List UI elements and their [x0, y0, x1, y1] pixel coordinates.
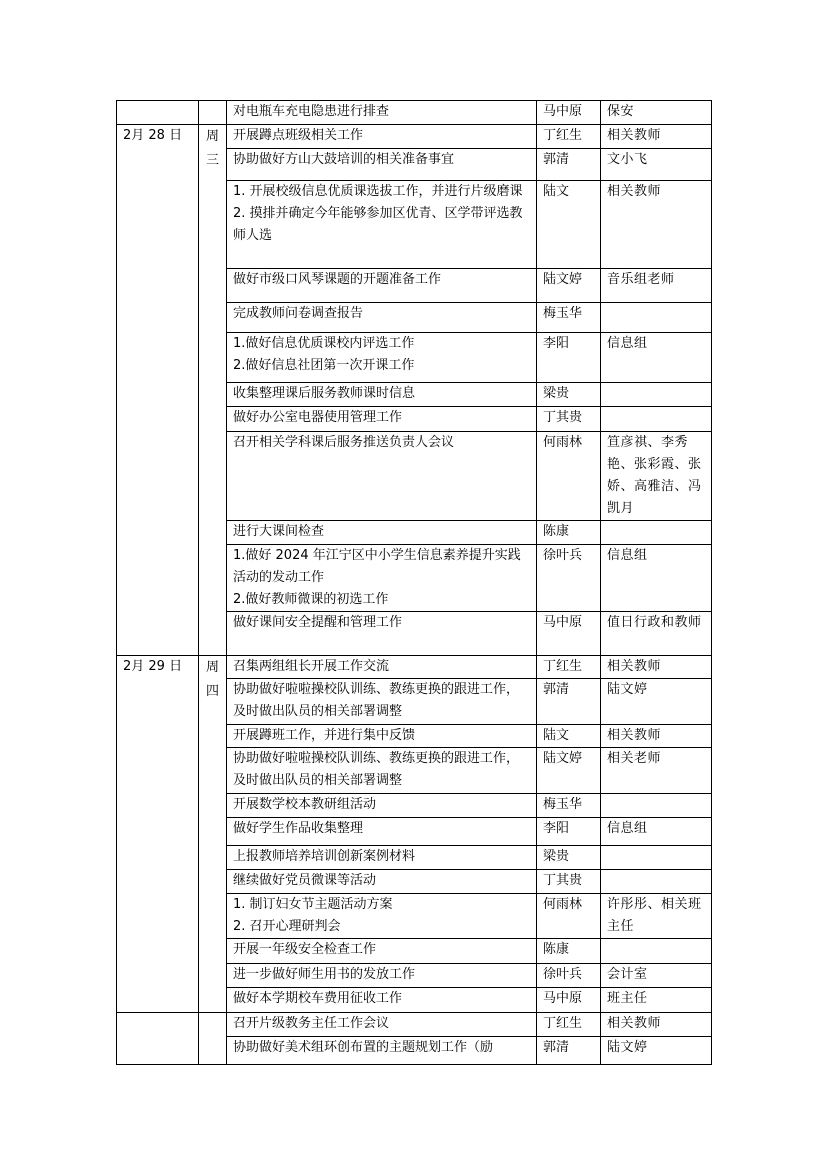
task-line: 收集整理课后服务教师课时信息: [233, 383, 530, 405]
task-line: 做好市级口风琴课题的开题准备工作: [233, 269, 530, 291]
weekday-char: 四: [205, 680, 220, 704]
owner-cell: 陆文: [537, 725, 601, 748]
assistant-cell: 音乐组老师: [601, 269, 712, 303]
task-line: 对电瓶车充电隐患进行排查: [233, 101, 530, 123]
task-line: 上报教师培养培训创新案例材料: [233, 846, 530, 868]
weekday-char: 三: [205, 149, 220, 173]
task-cell: 协助做好美术组环创布置的主题规划工作（励: [227, 1037, 537, 1065]
assistant-cell: 相关教师: [601, 1013, 712, 1037]
assistant-cell: 陆文婷: [601, 1037, 712, 1065]
task-cell: 1. 制订妇女节主题活动方案2. 召开心理研判会: [227, 894, 537, 939]
task-cell: 协助做好啦啦操校队训练、教练更换的跟进工作，及时做出队员的相关部署调整: [227, 679, 537, 725]
assistant-cell: [601, 794, 712, 818]
assistant-cell: 保安: [601, 101, 712, 125]
assistant-cell: [601, 303, 712, 333]
weekday-cell: [199, 1013, 227, 1065]
assistant-cell: 相关教师: [601, 656, 712, 679]
task-line: 继续做好党员微课等活动: [233, 870, 530, 892]
task-line: 开展蹲点班级相关工作: [233, 125, 530, 147]
task-line: 协助做好方山大鼓培训的相关准备事宜: [233, 149, 530, 171]
assistant-cell: [601, 846, 712, 870]
task-cell: 开展蹲班工作，并进行集中反馈: [227, 725, 537, 748]
assistant-cell: 笪彦祺、李秀艳、张彩霞、张娇、高雅洁、冯凯月: [601, 432, 712, 521]
task-line: 开展一年级安全检查工作: [233, 939, 530, 961]
owner-cell: 马中原: [537, 101, 601, 125]
task-line: 1. 制订妇女节主题活动方案: [233, 894, 530, 916]
owner-cell: 徐叶兵: [537, 545, 601, 612]
task-line: 开展数学校本教研组活动: [233, 794, 530, 816]
owner-cell: 马中原: [537, 612, 601, 656]
task-line: 协助做好啦啦操校队训练、教练更换的跟进工作，及时做出队员的相关部署调整: [233, 748, 530, 792]
assistant-cell: 信息组: [601, 545, 712, 612]
task-cell: 1.做好 2024 年江宁区中小学生信息素养提升实践活动的发动工作2.做好教师微…: [227, 545, 537, 612]
assistant-cell: [601, 383, 712, 407]
owner-cell: 梁贵: [537, 383, 601, 407]
date-cell: 2月 28 日: [117, 125, 199, 656]
table-row: 召开片级教务主任工作会议丁红生相关教师: [117, 1013, 712, 1037]
task-cell: 进一步做好师生用书的发放工作: [227, 964, 537, 988]
task-line: 召开片级教务主任工作会议: [233, 1013, 530, 1035]
task-line: 1. 开展校级信息优质课选拔工作，并进行片级磨课: [233, 181, 530, 203]
owner-cell: 李阳: [537, 333, 601, 383]
schedule-table: 对电瓶车充电隐患进行排查马中原保安2月 28 日周三开展蹲点班级相关工作丁红生相…: [116, 100, 712, 1065]
task-line: 1.做好信息优质课校内评选工作: [233, 333, 530, 355]
task-line: 完成教师问卷调查报告: [233, 303, 530, 325]
owner-cell: 陆文: [537, 181, 601, 269]
task-cell: 做好学生作品收集整理: [227, 818, 537, 846]
task-cell: 开展蹲点班级相关工作: [227, 125, 537, 149]
owner-cell: 李阳: [537, 818, 601, 846]
owner-cell: 陈康: [537, 939, 601, 964]
assistant-cell: 值日行政和教师: [601, 612, 712, 656]
owner-cell: 马中原: [537, 988, 601, 1013]
owner-cell: 郭清: [537, 1037, 601, 1065]
owner-cell: 陆文婷: [537, 269, 601, 303]
task-line: 做好本学期校车费用征收工作: [233, 988, 530, 1010]
assistant-cell: [601, 521, 712, 545]
task-cell: 做好市级口风琴课题的开题准备工作: [227, 269, 537, 303]
task-cell: 做好办公室电器使用管理工作: [227, 407, 537, 432]
owner-cell: 丁红生: [537, 1013, 601, 1037]
task-line: 开展蹲班工作，并进行集中反馈: [233, 725, 530, 747]
assistant-cell: [601, 870, 712, 894]
task-cell: 进行大课间检查: [227, 521, 537, 545]
assistant-cell: 信息组: [601, 333, 712, 383]
task-line: 做好学生作品收集整理: [233, 818, 530, 840]
date-cell: [117, 101, 199, 125]
owner-cell: 徐叶兵: [537, 964, 601, 988]
owner-cell: 丁红生: [537, 656, 601, 679]
task-line: 2.做好教师微课的初选工作: [233, 589, 530, 611]
owner-cell: 梅玉华: [537, 794, 601, 818]
assistant-cell: 班主任: [601, 988, 712, 1013]
task-cell: 开展一年级安全检查工作: [227, 939, 537, 964]
owner-cell: 梅玉华: [537, 303, 601, 333]
task-line: 进行大课间检查: [233, 521, 530, 543]
table-row: 2月 29 日周四召集两组组长开展工作交流丁红生相关教师: [117, 656, 712, 679]
weekday-cell: 周四: [199, 656, 227, 1013]
weekday-cell: 周三: [199, 125, 227, 656]
task-line: 协助做好啦啦操校队训练、教练更换的跟进工作，及时做出队员的相关部署调整: [233, 679, 530, 723]
task-cell: 继续做好党员微课等活动: [227, 870, 537, 894]
assistant-cell: 相关教师: [601, 181, 712, 269]
task-cell: 收集整理课后服务教师课时信息: [227, 383, 537, 407]
task-cell: 协助做好啦啦操校队训练、教练更换的跟进工作，及时做出队员的相关部署调整: [227, 748, 537, 794]
owner-cell: 陆文婷: [537, 748, 601, 794]
owner-cell: 丁其贵: [537, 870, 601, 894]
task-cell: 对电瓶车充电隐患进行排查: [227, 101, 537, 125]
owner-cell: 郭清: [537, 679, 601, 725]
assistant-cell: 陆文婷: [601, 679, 712, 725]
task-line: 召集两组组长开展工作交流: [233, 656, 530, 678]
task-cell: 召集两组组长开展工作交流: [227, 656, 537, 679]
task-cell: 协助做好方山大鼓培训的相关准备事宜: [227, 149, 537, 181]
assistant-cell: 文小飞: [601, 149, 712, 181]
weekday-char: 周: [205, 125, 220, 149]
task-line: 1.做好 2024 年江宁区中小学生信息素养提升实践活动的发动工作: [233, 545, 530, 589]
assistant-cell: 会计室: [601, 964, 712, 988]
task-cell: 1.做好信息优质课校内评选工作2.做好信息社团第一次开课工作: [227, 333, 537, 383]
assistant-cell: 相关老师: [601, 748, 712, 794]
task-line: 进一步做好师生用书的发放工作: [233, 964, 530, 986]
table-row: 对电瓶车充电隐患进行排查马中原保安: [117, 101, 712, 125]
assistant-cell: [601, 407, 712, 432]
owner-cell: 何雨林: [537, 894, 601, 939]
task-line: 2. 摸排并确定今年能够参加区优青、区学带评选教师人选: [233, 203, 530, 247]
weekday-cell: [199, 101, 227, 125]
table-row: 2月 28 日周三开展蹲点班级相关工作丁红生相关教师: [117, 125, 712, 149]
date-cell: [117, 1013, 199, 1065]
task-cell: 做好课间安全提醒和管理工作: [227, 612, 537, 656]
task-line: 召开相关学科课后服务推送负责人会议: [233, 432, 530, 454]
assistant-cell: 信息组: [601, 818, 712, 846]
owner-cell: 丁其贵: [537, 407, 601, 432]
assistant-cell: 许彤彤、相关班主任: [601, 894, 712, 939]
assistant-cell: 相关教师: [601, 725, 712, 748]
schedule-body: 对电瓶车充电隐患进行排查马中原保安2月 28 日周三开展蹲点班级相关工作丁红生相…: [117, 101, 712, 1065]
assistant-cell: 相关教师: [601, 125, 712, 149]
owner-cell: 郭清: [537, 149, 601, 181]
assistant-cell: [601, 939, 712, 964]
task-line: 2. 召开心理研判会: [233, 916, 530, 938]
date-cell: 2月 29 日: [117, 656, 199, 1013]
task-cell: 召开片级教务主任工作会议: [227, 1013, 537, 1037]
owner-cell: 梁贵: [537, 846, 601, 870]
task-cell: 召开相关学科课后服务推送负责人会议: [227, 432, 537, 521]
task-cell: 上报教师培养培训创新案例材料: [227, 846, 537, 870]
task-cell: 1. 开展校级信息优质课选拔工作，并进行片级磨课2. 摸排并确定今年能够参加区优…: [227, 181, 537, 269]
owner-cell: 丁红生: [537, 125, 601, 149]
task-cell: 做好本学期校车费用征收工作: [227, 988, 537, 1013]
owner-cell: 何雨林: [537, 432, 601, 521]
task-cell: 开展数学校本教研组活动: [227, 794, 537, 818]
task-line: 做好课间安全提醒和管理工作: [233, 612, 530, 634]
task-cell: 完成教师问卷调查报告: [227, 303, 537, 333]
task-line: 做好办公室电器使用管理工作: [233, 407, 530, 429]
task-line: 协助做好美术组环创布置的主题规划工作（励: [233, 1037, 530, 1059]
owner-cell: 陈康: [537, 521, 601, 545]
task-line: 2.做好信息社团第一次开课工作: [233, 355, 530, 377]
weekday-char: 周: [205, 656, 220, 680]
